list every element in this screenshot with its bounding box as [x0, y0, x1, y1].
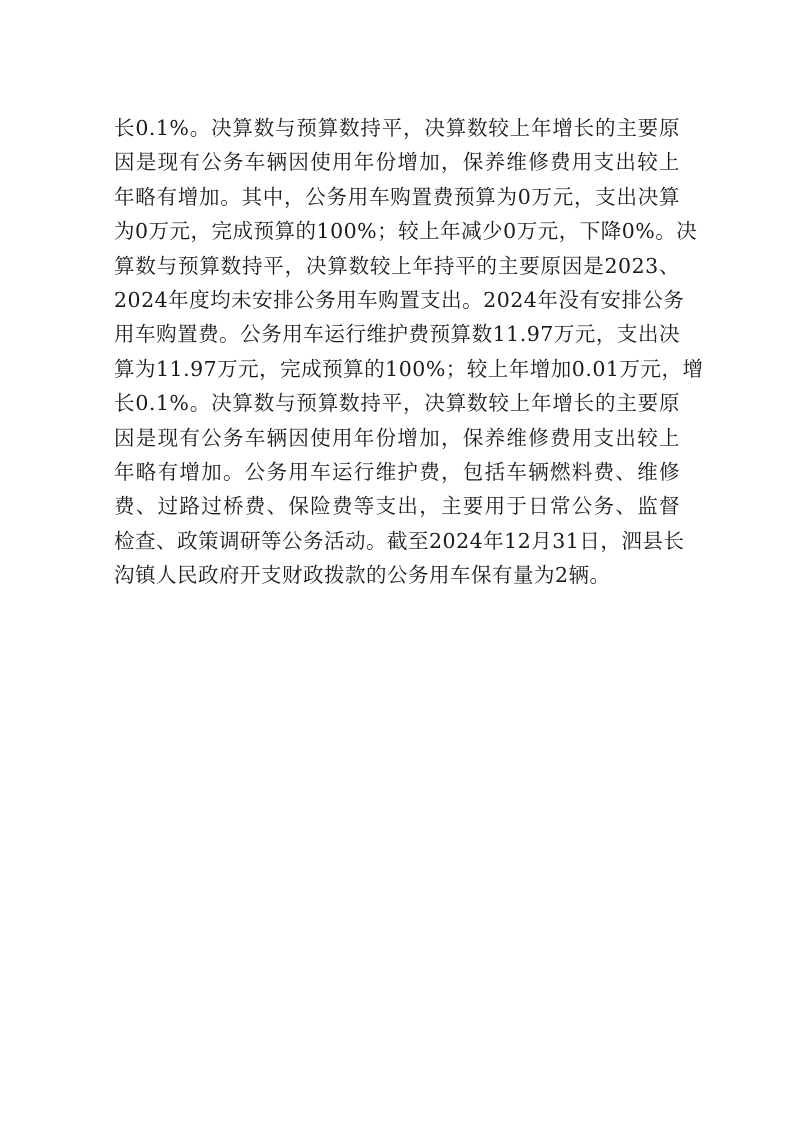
text-line: 用车购置费。公务用车运行维护费预算数11.97万元，支出决: [114, 317, 680, 351]
text-line: 检查、政策调研等公务活动。截至2024年12月31日，泗县长: [114, 524, 680, 558]
text-line: 2024年度均未安排公务用车购置支出。2024年没有安排公务: [114, 283, 680, 317]
text-line: 算数与预算数持平，决算数较上年持平的主要原因是2023、: [114, 249, 680, 283]
text-line: 年略有增加。其中，公务用车购置费预算为0万元，支出决算: [114, 180, 680, 214]
body-paragraph: 长0.1%。决算数与预算数持平，决算数较上年增长的主要原 因是现有公务车辆因使用…: [114, 111, 680, 592]
text-line: 沟镇人民政府开支财政拨款的公务用车保有量为2辆。: [114, 558, 680, 592]
text-line: 年略有增加。公务用车运行维护费，包括车辆燃料费、维修: [114, 455, 680, 489]
text-line: 因是现有公务车辆因使用年份增加，保养维修费用支出较上: [114, 145, 680, 179]
text-line: 长0.1%。决算数与预算数持平，决算数较上年增长的主要原: [114, 111, 680, 145]
text-line: 长0.1%。决算数与预算数持平，决算数较上年增长的主要原: [114, 386, 680, 420]
text-line: 算为11.97万元，完成预算的100%；较上年增加0.01万元，增: [114, 352, 680, 386]
text-line: 因是现有公务车辆因使用年份增加，保养维修费用支出较上: [114, 421, 680, 455]
text-line: 为0万元，完成预算的100%；较上年减少0万元，下降0%。决: [114, 214, 680, 248]
document-page: 长0.1%。决算数与预算数持平，决算数较上年增长的主要原 因是现有公务车辆因使用…: [0, 0, 793, 1122]
text-line: 费、过路过桥费、保险费等支出，主要用于日常公务、监督: [114, 489, 680, 523]
